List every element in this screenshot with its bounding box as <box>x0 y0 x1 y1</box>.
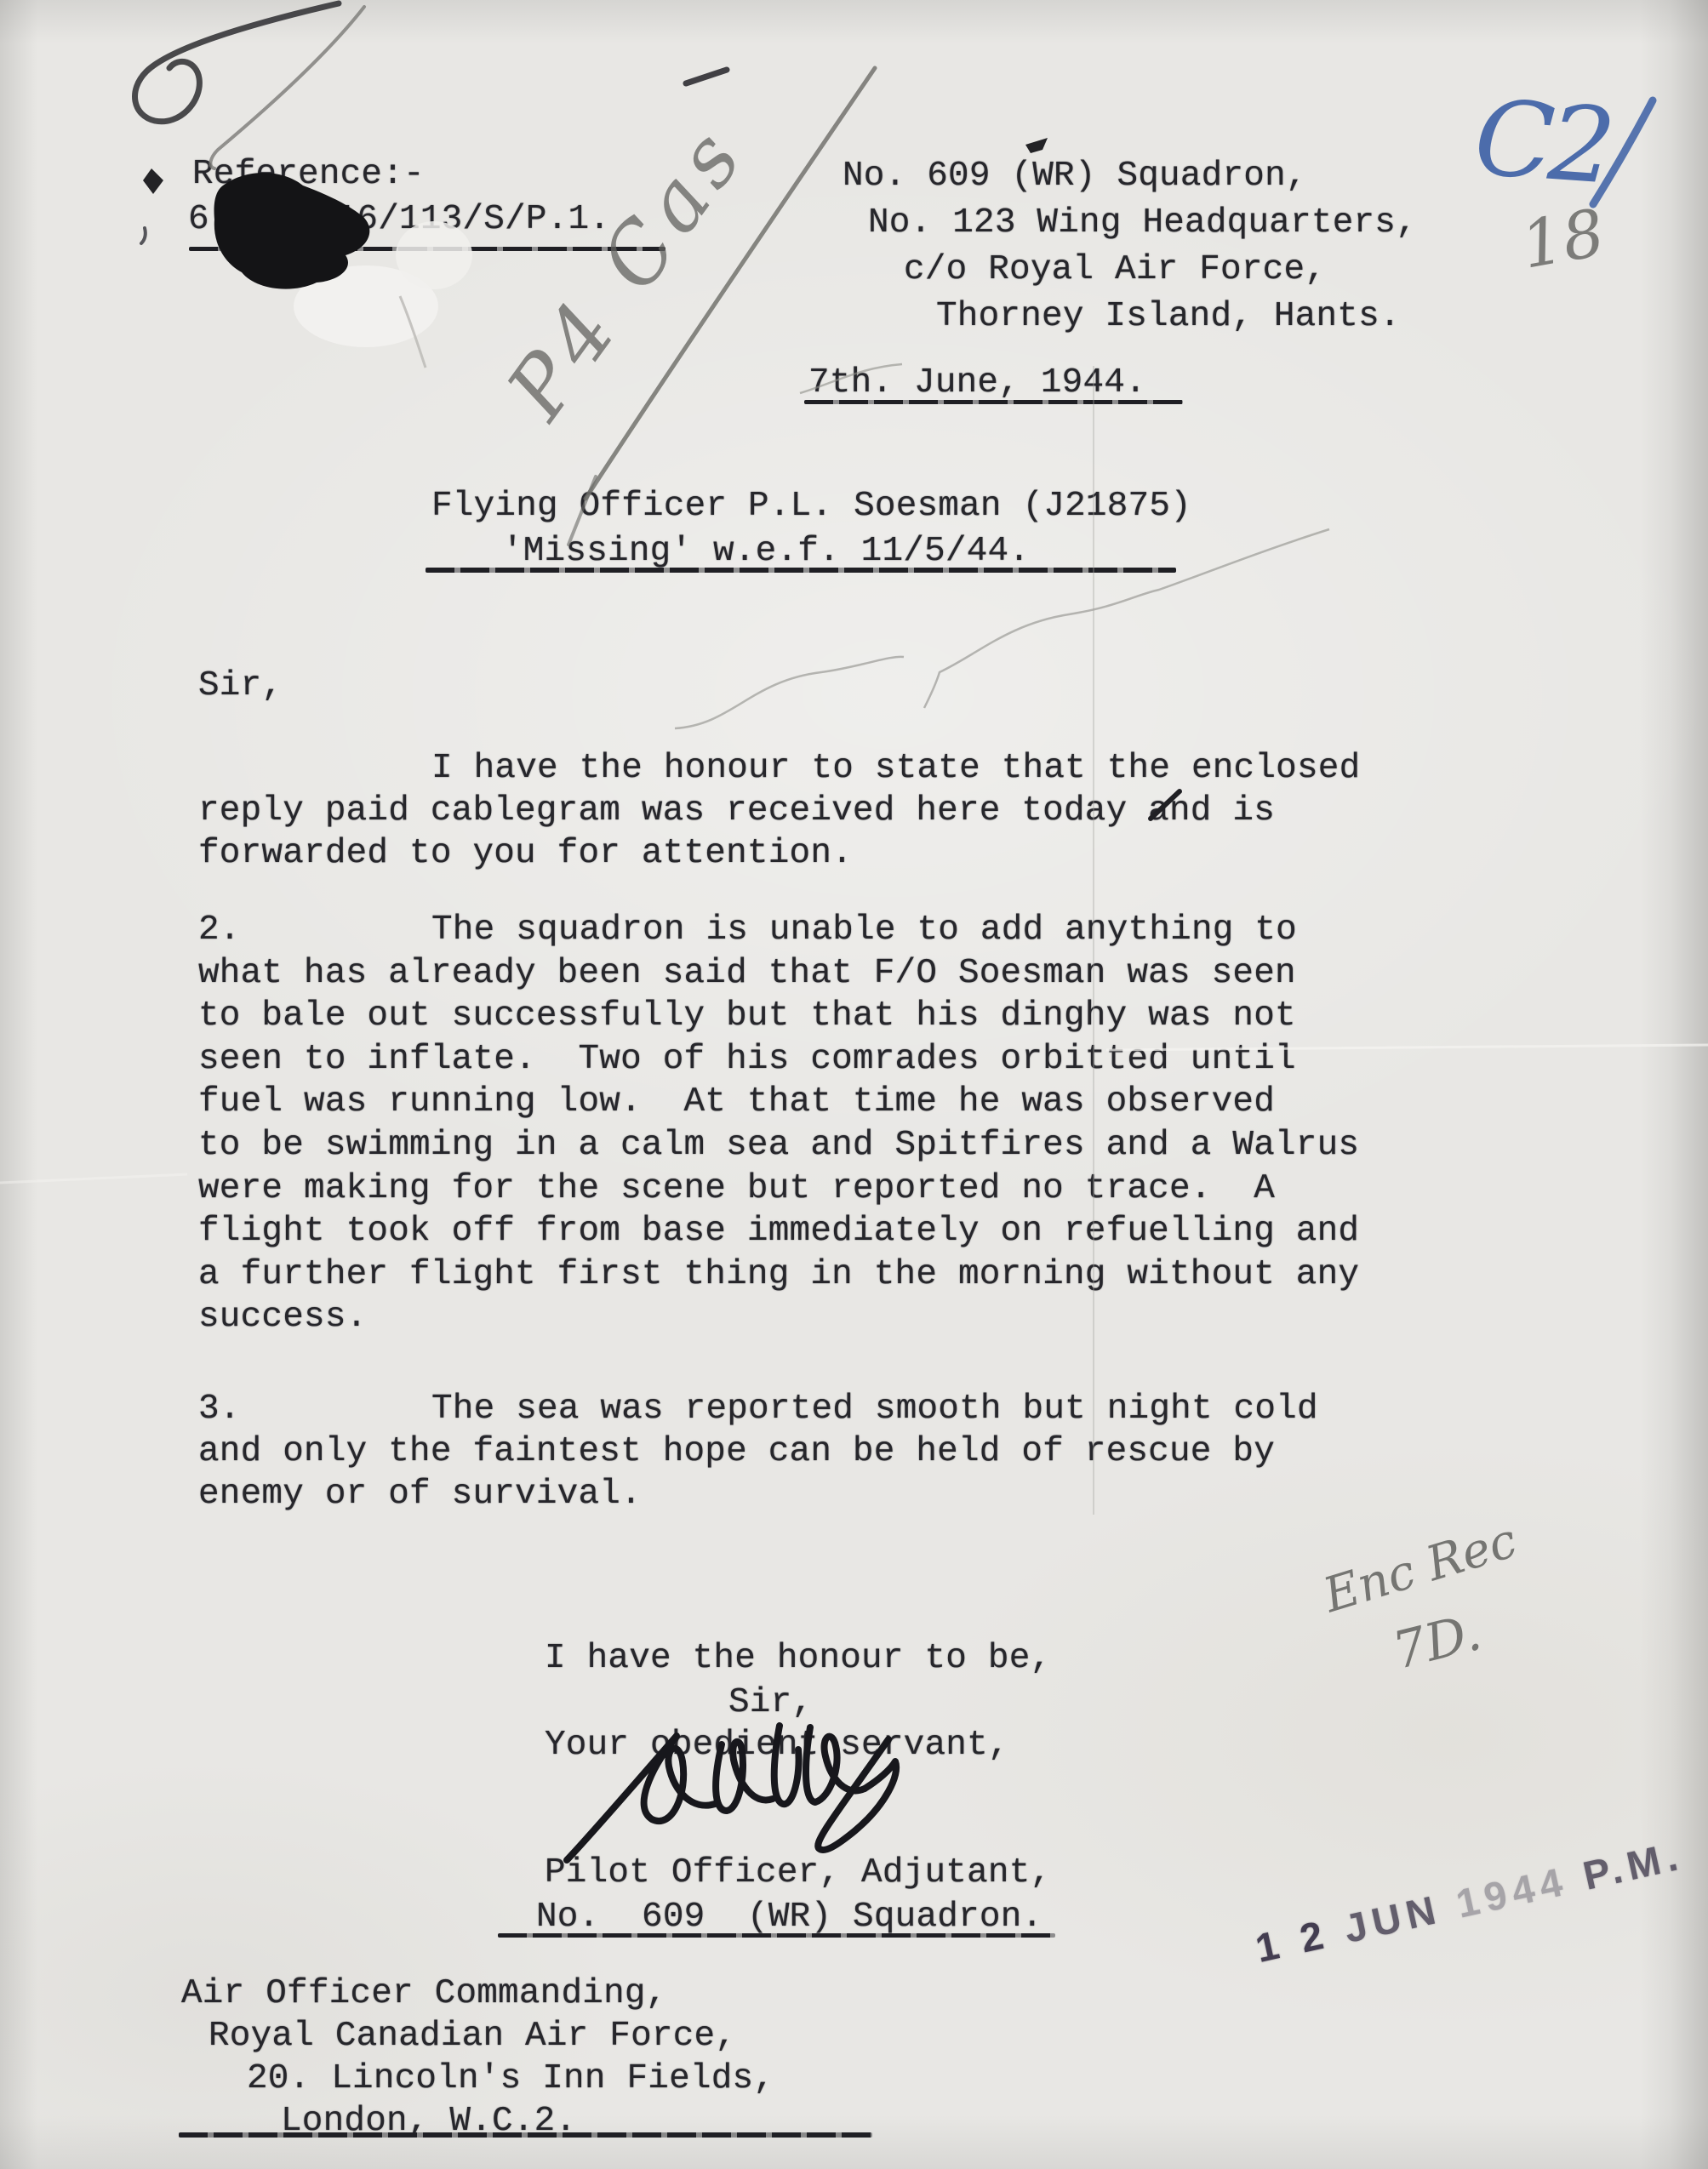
paragraph-number: 3. <box>198 1388 241 1430</box>
paragraph-line: enemy or of survival. <box>198 1473 642 1515</box>
ink-tick-mark <box>686 70 727 83</box>
received-date-stamp: 1 2 JUN 1944 P.M. <box>1174 1781 1708 2032</box>
recipient-underline <box>179 2132 872 2138</box>
reference-label: Reference:- <box>192 153 425 196</box>
stamp-month: JUN <box>1340 1886 1445 1951</box>
paragraph-line: what has already been said that F/O Soes… <box>198 952 1296 995</box>
closing-line-2: Sir, <box>728 1681 813 1724</box>
paragraph-line: forwarded to you for attention. <box>198 832 853 875</box>
paragraph-line: to be swimming in a calm sea and Spitfir… <box>198 1124 1359 1167</box>
paragraph-line: success. <box>198 1296 367 1339</box>
recipient-line-2: Royal Canadian Air Force, <box>209 2015 736 2058</box>
paragraph-line: The squadron is unable to add anything t… <box>431 909 1297 951</box>
signatory-title-2: No. 609 (WR) Squadron. <box>536 1896 1043 1938</box>
handwritten-pencil-number: 18 <box>1516 194 1610 283</box>
paragraph-line: seen to inflate. Two of his comrades orb… <box>198 1038 1296 1081</box>
closing-line-1: I have the honour to be, <box>545 1637 1051 1680</box>
date-underline <box>804 400 1183 404</box>
handwritten-cas-note: P4 Cas <box>488 107 763 436</box>
paragraph-line: and only the faintest hope can be held o… <box>198 1430 1275 1473</box>
paragraph-line: flight took off from base immediately on… <box>198 1210 1359 1253</box>
paper-speck <box>143 168 163 194</box>
stamp-year: 1944 <box>1452 1858 1572 1926</box>
corner-pen-scribble <box>135 3 366 170</box>
subject-underline <box>426 568 1176 573</box>
paper-speck-small <box>141 228 146 243</box>
subject-line-1: Flying Officer P.L. Soesman (J21875) <box>431 485 1191 528</box>
letter-document: Reference:- 6 /116/113/S/P.1. No. 609 (W… <box>0 0 1708 2169</box>
sender-address-line-1: No. 609 (WR) Squadron, <box>843 155 1307 197</box>
reference-number: /116/113/S/P.1. <box>294 198 610 241</box>
sender-address-line-2: No. 123 Wing Headquarters, <box>868 202 1417 244</box>
paragraph-line: a further flight first thing in the morn… <box>198 1253 1359 1296</box>
paragraph-number: 2. <box>198 909 241 951</box>
signatory-title-1: Pilot Officer, Adjutant, <box>545 1852 1051 1894</box>
paragraph-line: were making for the scene but reported n… <box>198 1167 1275 1210</box>
salutation: Sir, <box>198 665 283 707</box>
letter-date: 7th. June, 1944. <box>808 362 1146 404</box>
horizontal-fold-line-left <box>0 1174 187 1183</box>
stamp-suffix: P.M. <box>1579 1832 1687 1898</box>
squadron-underline <box>498 1933 1055 1938</box>
handwritten-blue-mark: C2 <box>1471 77 1614 208</box>
sender-address-line-3: c/o Royal Air Force, <box>904 248 1326 291</box>
paragraph-line: fuel was running low. At that time he wa… <box>198 1081 1275 1123</box>
paragraph-line: The sea was reported smooth but night co… <box>431 1388 1318 1430</box>
paragraph-line: to bale out successfully but that his di… <box>198 995 1296 1037</box>
handwritten-enc-note-line-2: 7D. <box>1387 1602 1487 1681</box>
sender-address-line-4: Thorney Island, Hants. <box>936 295 1401 338</box>
recipient-line-1: Air Officer Commanding, <box>181 1972 667 2015</box>
paragraph-line: I have the honour to state that the encl… <box>431 747 1360 790</box>
paragraph-line: reply paid cablegram was received here t… <box>198 790 1275 832</box>
reference-number-prefix: 6 <box>188 198 209 241</box>
handwritten-enc-note-line-1: Enc Rec <box>1317 1513 1523 1624</box>
subject-line-2: 'Missing' w.e.f. 11/5/44. <box>502 530 1030 573</box>
ink-speck-609 <box>1025 138 1048 153</box>
recipient-line-3: 20. Lincoln's Inn Fields, <box>247 2058 774 2100</box>
closing-line-3: Your obedient servant, <box>545 1724 1009 1767</box>
stamp-day: 1 2 <box>1252 1911 1334 1971</box>
